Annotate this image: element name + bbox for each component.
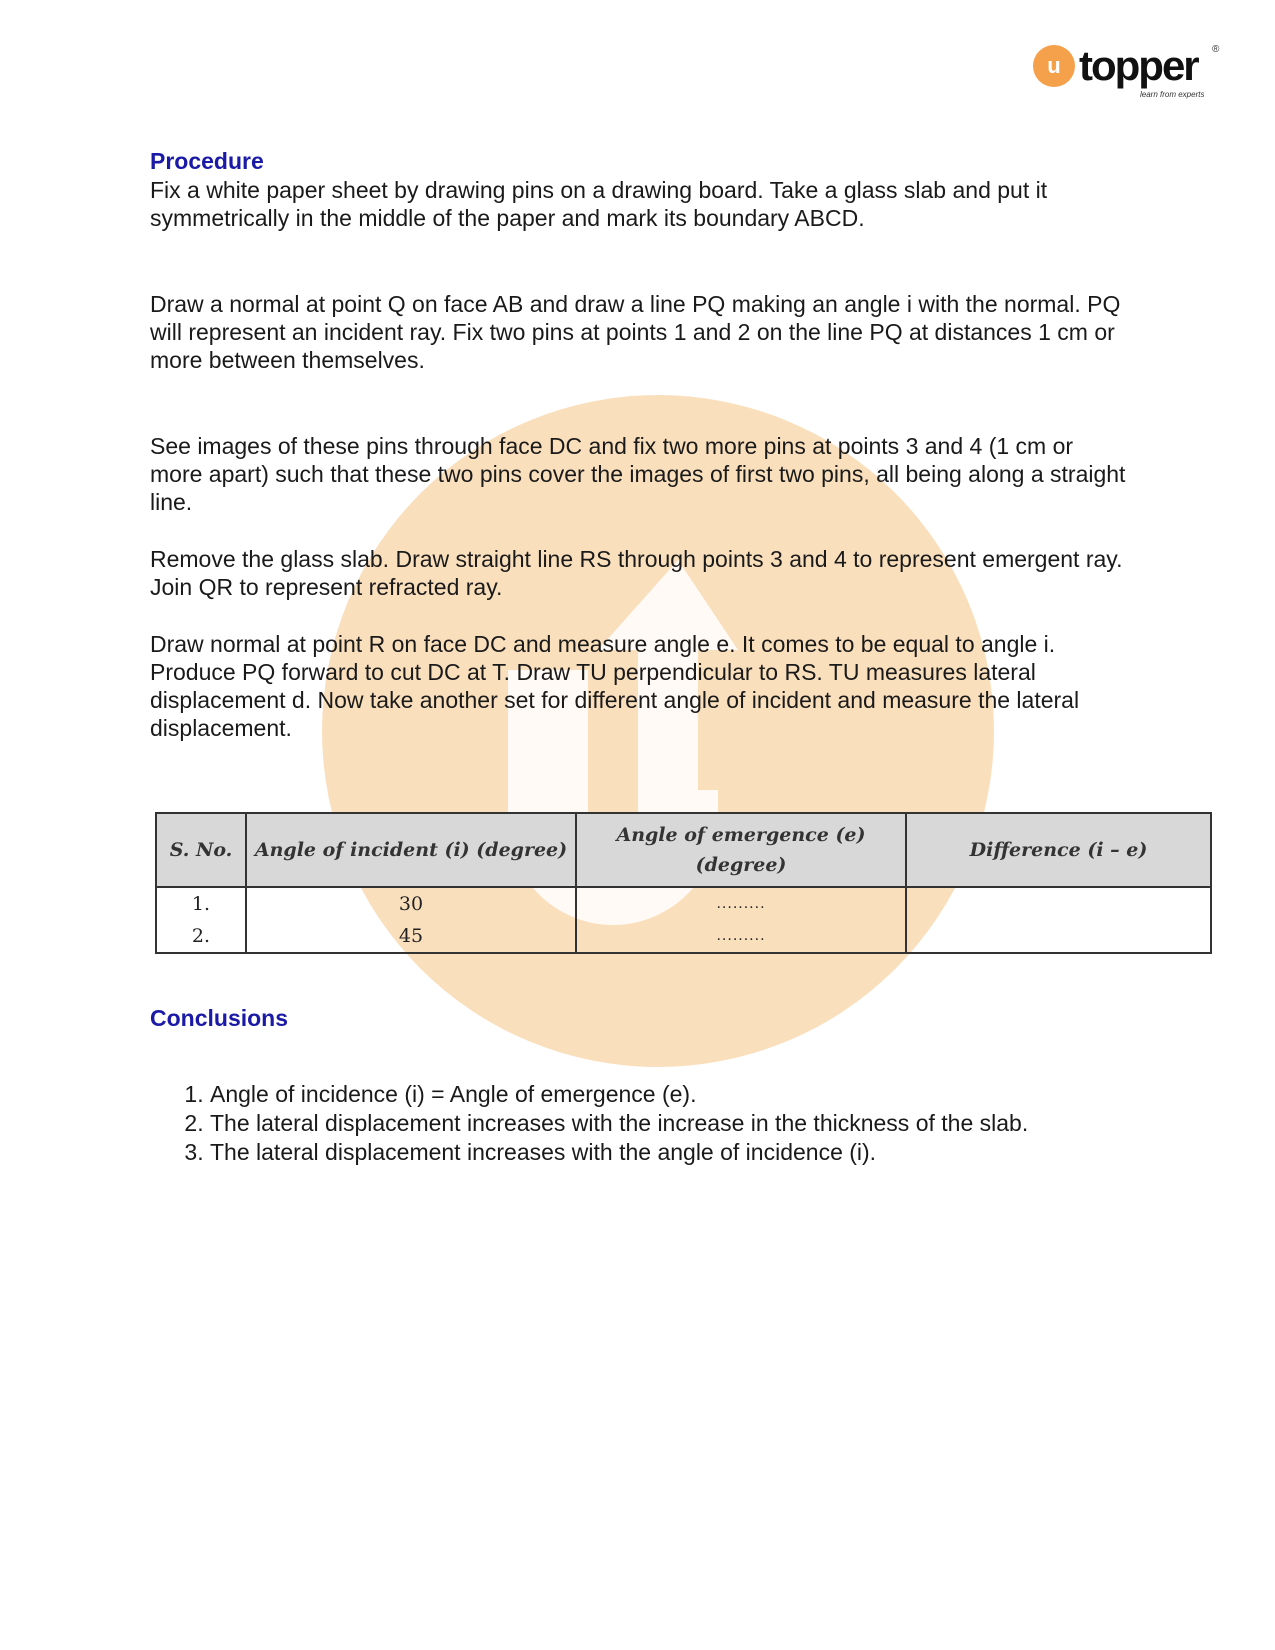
logo-u-icon: u [1033,45,1075,87]
cell-emergence: ......... [576,920,906,953]
procedure-heading: Procedure [150,148,264,175]
cell-sno: 2. [156,920,246,953]
cell-difference [906,920,1211,953]
cell-incident: 45 [246,920,576,953]
header-sno: S. No. [156,813,246,887]
header-difference: Difference (i – e) [906,813,1211,887]
header-angle-incident: Angle of incident (i) (degree) [246,813,576,887]
cell-emergence: ......... [576,887,906,920]
cell-incident: 30 [246,887,576,920]
list-item: Angle of incidence (i) = Angle of emerge… [210,1080,1028,1109]
conclusions-heading: Conclusions [150,1005,288,1032]
procedure-paragraph: Draw normal at point R on face DC and me… [150,630,1130,742]
procedure-paragraph: See images of these pins through face DC… [150,432,1130,516]
observation-table: S. No. Angle of incident (i) (degree) An… [155,812,1212,954]
conclusions-list: Angle of incidence (i) = Angle of emerge… [172,1080,1028,1167]
table-header-row: S. No. Angle of incident (i) (degree) An… [156,813,1211,887]
procedure-paragraph: Draw a normal at point Q on face AB and … [150,290,1130,374]
table-row: 2. 45 ......... [156,920,1211,953]
logo-text: topper [1079,45,1198,87]
list-item: The lateral displacement increases with … [210,1109,1028,1138]
header-angle-emergence: Angle of emergence (e) (degree) [576,813,906,887]
procedure-paragraph: Remove the glass slab. Draw straight lin… [150,545,1130,601]
registered-mark: ® [1212,44,1219,55]
table-row: 1. 30 ......... [156,887,1211,920]
topper-logo: u topper [1033,45,1198,87]
cell-sno: 1. [156,887,246,920]
cell-difference [906,887,1211,920]
list-item: The lateral displacement increases with … [210,1138,1028,1167]
logo-tagline: learn from experts [1140,90,1204,99]
procedure-paragraph: Fix a white paper sheet by drawing pins … [150,176,1130,232]
